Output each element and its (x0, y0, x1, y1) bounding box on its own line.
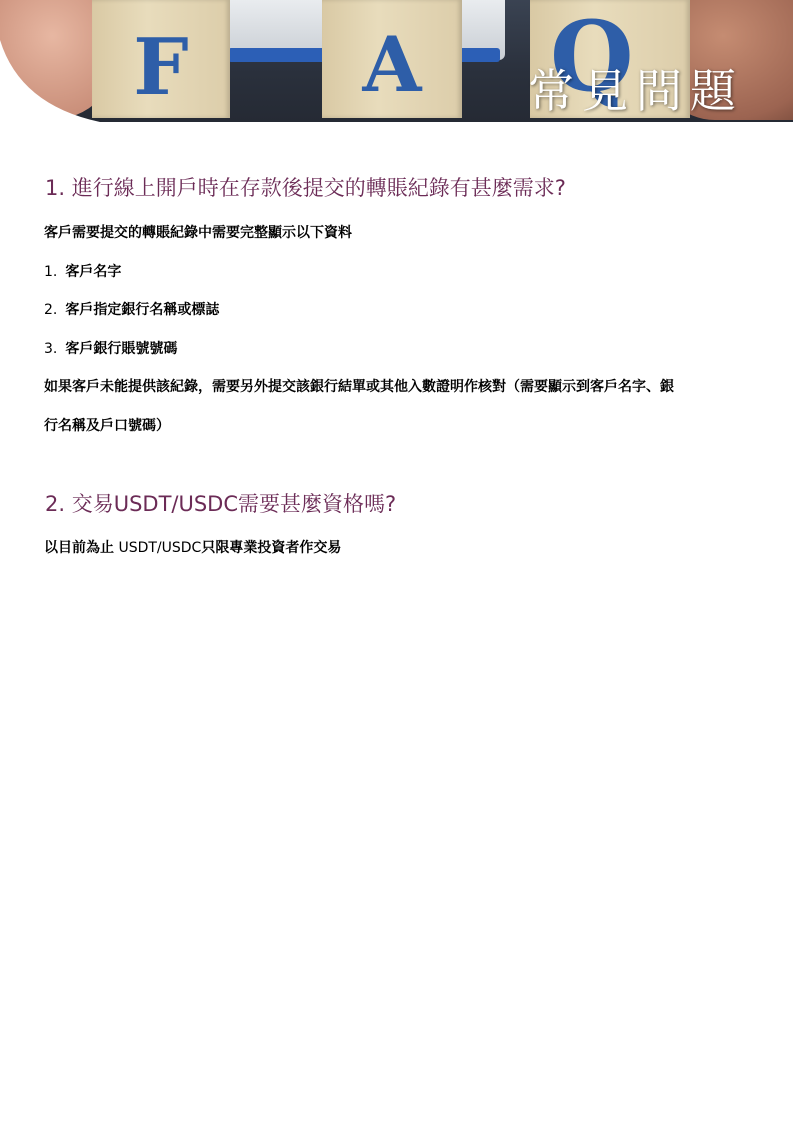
block-a: A (322, 0, 462, 118)
faq-answer-2: 以目前為止 USDT/USDC只限專業投資者作交易 (44, 537, 341, 557)
faq-list-item-2: 2.客戶指定銀行名稱或標誌 (44, 299, 219, 319)
list-text: 客戶銀行賬號號碼 (65, 341, 177, 357)
block-letter-f: F (92, 22, 230, 113)
faq-question-1: 1. 進行線上開戶時在存款後提交的轉賬紀錄有甚麼需求? (45, 172, 566, 202)
list-text: 客戶名字 (65, 264, 121, 280)
block-f: F (92, 0, 230, 118)
banner-title: 常見問題 (528, 55, 744, 121)
faq-banner: F A Q 常見問題 (0, 0, 793, 122)
faq-answer-1-intro: 客戶需要提交的轉賬紀錄中需要完整顯示以下資料 (44, 222, 352, 242)
list-text: 客戶指定銀行名稱或標誌 (65, 302, 219, 318)
list-number: 2. (44, 302, 57, 318)
list-number: 1. (44, 264, 57, 280)
block-letter-a: A (322, 20, 462, 109)
faq-answer-1-note-line2: 行名稱及戶口號碼） (44, 415, 170, 435)
answer-suffix: 只限專業投資者作交易 (201, 540, 341, 556)
answer-code: USDT/USDC (114, 540, 201, 556)
list-number: 3. (44, 341, 57, 357)
faq-list-item-1: 1.客戶名字 (44, 261, 121, 281)
faq-list-item-3: 3.客戶銀行賬號號碼 (44, 338, 177, 358)
answer-prefix: 以目前為止 (44, 540, 114, 556)
faq-answer-1-note-line1: 如果客戶未能提供該紀錄，需要另外提交該銀行結單或其他入數證明作核對（需要顯示到客… (44, 376, 674, 396)
faq-question-2: 2. 交易USDT/USDC需要甚麼資格嗎? (45, 488, 396, 518)
